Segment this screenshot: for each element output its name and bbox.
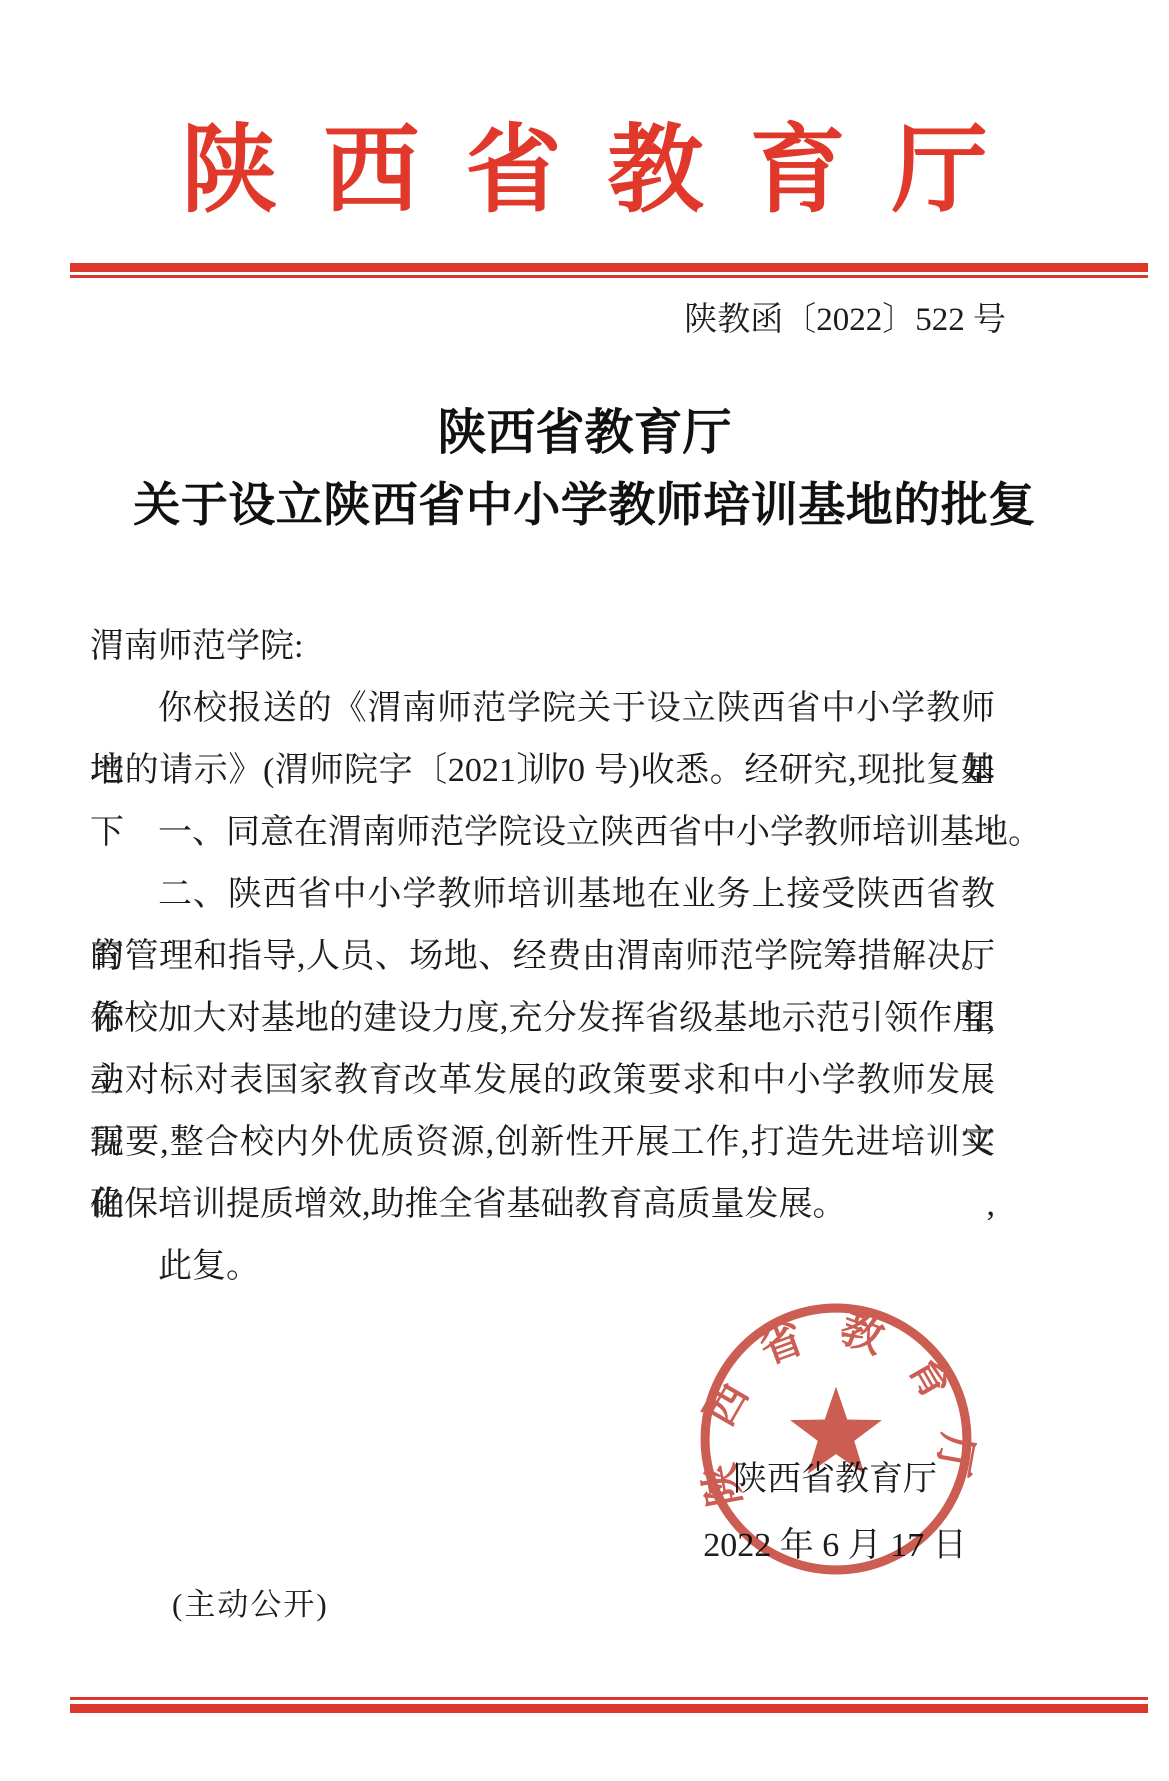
body-line: 动对标对表国家教育改革发展的政策要求和中小学教师发展现实 xyxy=(90,1050,995,1112)
body-line: 需要,整合校内外优质资源,创新性开展工作,打造先进培训文化, xyxy=(90,1112,995,1174)
document-reference-number: 陕教函〔2022〕522 号 xyxy=(684,298,1006,342)
signature-org-name: 陕西省教育厅 xyxy=(695,1460,975,1500)
document-title: 陕西省教育厅 关于设立陕西省中小学教师培训基地的批复 xyxy=(0,398,1169,544)
body-line: 你校报送的《渭南师范学院关于设立陕西省中小学教师培训基 xyxy=(90,678,995,740)
salutation-line: 渭南师范学院: xyxy=(90,616,995,678)
document-title-line1: 陕西省教育厅 xyxy=(0,398,1169,468)
body-line: 地的请示》(渭师院字〔2021〕70 号)收悉。经研究,现批复如下: xyxy=(90,740,995,802)
official-document-page: 陕西省教育厅 陕教函〔2022〕522 号 陕西省教育厅 关于设立陕西省中小学教… xyxy=(0,0,1169,1781)
body-line: 的管理和指导,人员、场地、经费由渭南师范学院筹措解决。希望 xyxy=(90,926,995,988)
letterhead-org-name: 陕西省教育厅 xyxy=(0,108,1169,233)
signature-date: 2022 年 6 月 17 日 xyxy=(680,1524,990,1568)
document-body: 渭南师范学院: 你校报送的《渭南师范学院关于设立陕西省中小学教师培训基 地的请示… xyxy=(90,616,995,1298)
footer-divider-rule xyxy=(70,1697,1148,1713)
body-line: 一、同意在渭南师范学院设立陕西省中小学教师培训基地。 xyxy=(90,802,995,864)
letterhead-divider-rule xyxy=(70,263,1148,278)
closing-line: 此复。 xyxy=(90,1236,995,1298)
body-line: 你校加大对基地的建设力度,充分发挥省级基地示范引领作用,主 xyxy=(90,988,995,1050)
body-line: 二、陕西省中小学教师培训基地在业务上接受陕西省教育厅 xyxy=(90,864,995,926)
document-title-line2: 关于设立陕西省中小学教师培训基地的批复 xyxy=(0,468,1169,544)
disclosure-note: (主动公开) xyxy=(172,1585,329,1625)
